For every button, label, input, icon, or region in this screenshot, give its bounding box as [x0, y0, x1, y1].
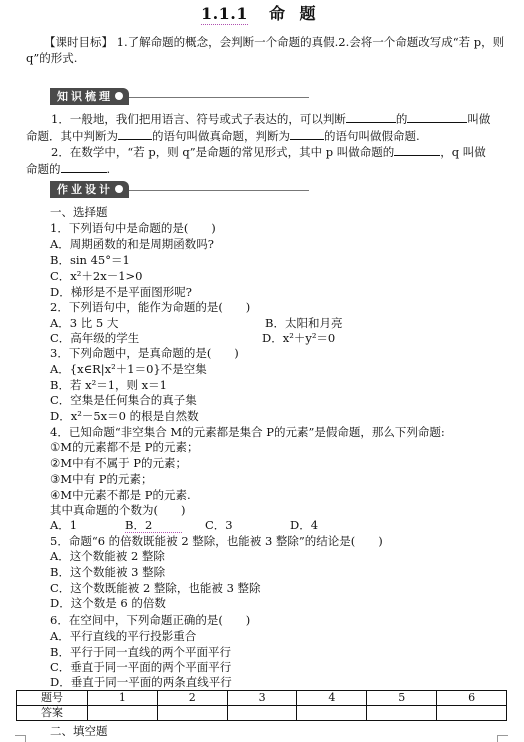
fill-blank[interactable] — [290, 128, 324, 140]
fill-blank[interactable] — [61, 161, 107, 173]
question-6-option-b: B．平行于同一直线的两个平面平行 — [50, 645, 231, 659]
question-1-option-a: A．周期函数的和是周期函数吗? — [50, 237, 214, 251]
table-row-answers: 答案 — [17, 706, 507, 721]
question-4-option-a: A．1 — [50, 518, 77, 532]
question-2-option-d: D．x²＋y²＝0 — [262, 331, 335, 345]
question-3-option-b: B．若 x²＝1，则 x＝1 — [50, 378, 167, 392]
page-title: 1.1.1命题 — [0, 1, 524, 24]
question-4-statement-2: ②M中有不属于 P的元素； — [50, 456, 187, 470]
answer-cell[interactable] — [157, 706, 227, 721]
question-3-stem: 3．下列命题中，是真命题的是( ) — [50, 346, 239, 360]
page-corner-mark — [497, 735, 508, 742]
bullet-dot-icon — [115, 92, 123, 100]
knowledge-item-1-line-2: 命题．其中判断为的语句叫做真命题，判断为的语句叫做假命题. — [26, 128, 420, 143]
question-5-option-b: B．这个数能被 3 整除 — [50, 565, 165, 579]
part-heading-choice: 一、选择题 — [50, 205, 108, 219]
section-rule — [129, 97, 309, 98]
section-label: 作业设计 — [57, 181, 113, 198]
table-header-cell: 答案 — [17, 706, 88, 721]
knowledge-item-2-line-2: 命题的. — [26, 161, 110, 176]
page-corner-mark — [15, 735, 26, 742]
question-5-stem: 5．命题“6 的倍数既能被 2 整除，也能被 3 整除”的结论是( ) — [50, 534, 383, 548]
answer-cell[interactable] — [227, 706, 297, 721]
part-heading-fill: 二、填空题 — [50, 724, 108, 738]
question-4-option-b: B．2 — [125, 518, 182, 533]
table-cell: 2 — [157, 691, 227, 706]
question-5-option-d: D．这个数是 6 的倍数 — [50, 596, 166, 610]
table-header-cell: 题号 — [17, 691, 88, 706]
question-6-option-c: C．垂直于同一平面的两个平面平行 — [50, 660, 231, 674]
fill-blank[interactable] — [346, 111, 396, 123]
question-3-option-d: D．x²－5x＝0 的根是自然数 — [50, 409, 199, 423]
question-4-statement-1: ①M的元素都不是 P的元素； — [50, 440, 198, 454]
lesson-goal: 【课时目标】 1.了解命题的概念，会判断一个命题的真假.2.会将一个命题改写成“… — [26, 34, 506, 66]
answer-cell[interactable] — [367, 706, 437, 721]
section-tag: 知识梳理 — [50, 88, 129, 105]
table-cell: 1 — [88, 691, 158, 706]
question-5-option-a: A．这个数能被 2 整除 — [50, 549, 165, 563]
table-cell: 6 — [437, 691, 507, 706]
question-2-option-c: C．高年级的学生 — [50, 331, 139, 345]
section-tag: 作业设计 — [50, 181, 129, 198]
title-char-1: 命 — [269, 1, 286, 24]
question-4-ask: 其中真命题的个数为( ) — [50, 503, 185, 517]
table-cell: 5 — [367, 691, 437, 706]
question-6-option-d: D．垂直于同一平面的两条直线平行 — [50, 675, 232, 689]
question-4-stem: 4．已知命题“非空集合 M的元素都是集合 P的元素”是假命题，那么下列命题: — [50, 425, 445, 439]
question-2-option-a: A．3 比 5 大 — [50, 316, 118, 330]
table-row-question-numbers: 题号 1 2 3 4 5 6 — [17, 691, 507, 706]
question-4-statement-4: ④M中元素不都是 P的元素. — [50, 488, 191, 502]
table-cell: 4 — [297, 691, 367, 706]
table-cell: 3 — [227, 691, 297, 706]
answer-cell[interactable] — [297, 706, 367, 721]
fill-blank[interactable] — [407, 111, 467, 123]
question-4-statement-3: ③M中有 P的元素； — [50, 472, 152, 486]
section-rule — [129, 190, 309, 191]
question-6-option-a: A．平行直线的平行投影重合 — [50, 629, 196, 643]
fill-blank[interactable] — [394, 144, 440, 156]
question-1-option-d: D．梯形是不是平面图形呢? — [50, 285, 192, 299]
answer-cell[interactable] — [437, 706, 507, 721]
question-1-stem: 1．下列语句中是命题的是( ) — [50, 221, 216, 235]
question-1-option-b: B．sin 45°＝1 — [50, 253, 130, 267]
title-char-2: 题 — [300, 1, 317, 24]
worksheet-page: 1.1.1命题 【课时目标】 1.了解命题的概念，会判断一个命题的真假.2.会将… — [0, 0, 524, 742]
question-2-stem: 2．下列语句中，能作为命题的是( ) — [50, 300, 250, 314]
section-header-knowledge: 知识梳理 — [50, 87, 309, 105]
bullet-dot-icon — [115, 185, 123, 193]
question-4-option-d: D．4 — [290, 518, 318, 532]
answer-cell[interactable] — [88, 706, 158, 721]
question-3-option-a: A．{x∈R|x²＋1＝0}不是空集 — [50, 362, 207, 376]
knowledge-item-1-line-1: 1．一般地，我们把用语言、符号或式子表达的，可以判断的叫做 — [51, 111, 490, 126]
question-6-stem: 6．在空间中，下列命题正确的是( ) — [50, 613, 250, 627]
question-1-option-c: C．x²＋2x－1>0 — [50, 269, 142, 283]
title-number: 1.1.1 — [201, 4, 248, 25]
question-2-option-b: B．太阳和月亮 — [265, 316, 342, 330]
section-header-homework: 作业设计 — [50, 180, 309, 198]
section-label: 知识梳理 — [57, 88, 113, 105]
answer-table: 题号 1 2 3 4 5 6 答案 — [16, 690, 507, 721]
question-5-option-c: C．这个数既能被 2 整除，也能被 3 整除 — [50, 581, 261, 595]
knowledge-item-2-line-1: 2．在数学中，“若 p，则 q”是命题的常见形式，其中 p 叫做命题的，q 叫做 — [51, 144, 486, 159]
question-4-option-c: C．3 — [205, 518, 233, 532]
question-3-option-c: C．空集是任何集合的真子集 — [50, 393, 197, 407]
goal-label: 【课时目标】 — [44, 35, 113, 49]
fill-blank[interactable] — [118, 128, 152, 140]
